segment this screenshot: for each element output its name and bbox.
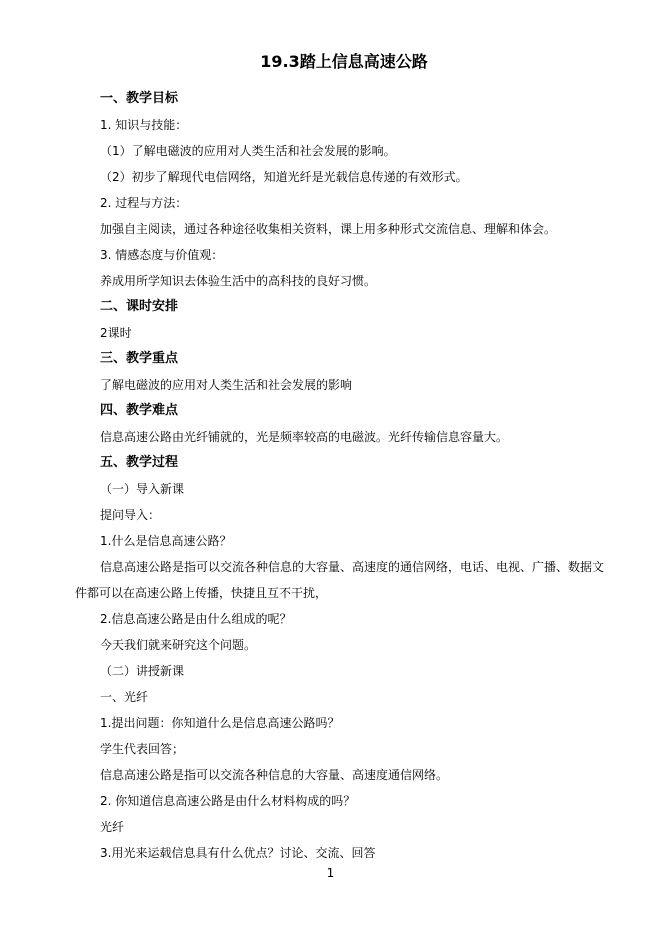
document-page: 19.3踏上信息高速公路 一、教学目标 1. 知识与技能： （1）了解电磁波的应… [0, 0, 661, 936]
para-definition-answer: 信息高速公路是指可以交流各种信息的大容量、高速度通信网络。 [75, 762, 613, 788]
para-teaching-focus: 了解电磁波的应用对人类生活和社会发展的影响 [75, 372, 613, 398]
para-q2-composition: 2.信息高速公路是由什么组成的呢？ [75, 606, 613, 632]
para-affect-values-label: 3. 情感态度与价值观： [75, 242, 613, 268]
page-footer: 1 [0, 862, 661, 881]
heading-teaching-difficulty: 四、教学难点 [75, 398, 613, 424]
heading-class-hours: 二、课时安排 [75, 294, 613, 320]
para-optical-fiber-subheading: 一、光纤 [75, 684, 613, 710]
para-process-methods-label: 2. 过程与方法： [75, 190, 613, 216]
page-number: 1 [327, 866, 335, 880]
document-title: 19.3踏上信息高速公路 [75, 50, 613, 74]
heading-teaching-focus: 三、教学重点 [75, 346, 613, 372]
document-body: 19.3踏上信息高速公路 一、教学目标 1. 知识与技能： （1）了解电磁波的应… [75, 50, 613, 866]
para-question-lead-in: 提问导入： [75, 502, 613, 528]
para-teach-new-lesson: （二）讲授新课 [75, 658, 613, 684]
para-objective-1: （1）了解电磁波的应用对人类生活和社会发展的影响。 [75, 138, 613, 164]
para-objective-2: （2）初步了解现代电信网络，知道光纤是光载信息传递的有效形式。 [75, 164, 613, 190]
para-lead-in-new-lesson: （一）导入新课 [75, 476, 613, 502]
para-answer-optical-fiber: 光纤 [75, 814, 613, 840]
para-class-hours: 2课时 [75, 320, 613, 346]
para-student-answer: 学生代表回答； [75, 736, 613, 762]
para-knowledge-skills-label: 1. 知识与技能： [75, 112, 613, 138]
para-process-methods-desc: 加强自主阅读，通过各种途径收集相关资料，课上用多种形式交流信息、理解和体会。 [75, 216, 613, 242]
heading-teaching-process: 五、教学过程 [75, 450, 613, 476]
heading-teaching-objectives: 一、教学目标 [75, 86, 613, 112]
para-info-highway-definition: 信息高速公路是指可以交流各种信息的大容量、高速度的通信网络，电话、电视、广播、数… [75, 554, 613, 606]
para-q1-what-is-info-highway: 1.什么是信息高速公路？ [75, 528, 613, 554]
para-study-today: 今天我们就来研究这个问题。 [75, 632, 613, 658]
para-teaching-difficulty: 信息高速公路由光纤铺就的，光是频率较高的电磁波。光纤传输信息容量大。 [75, 424, 613, 450]
para-affect-values-desc: 养成用所学知识去体验生活中的高科技的良好习惯。 [75, 268, 613, 294]
para-q2-material: 2. 你知道信息高速公路是由什么材料构成的吗？ [75, 788, 613, 814]
para-q1-know-info-highway: 1.提出问题：你知道什么是信息高速公路吗？ [75, 710, 613, 736]
